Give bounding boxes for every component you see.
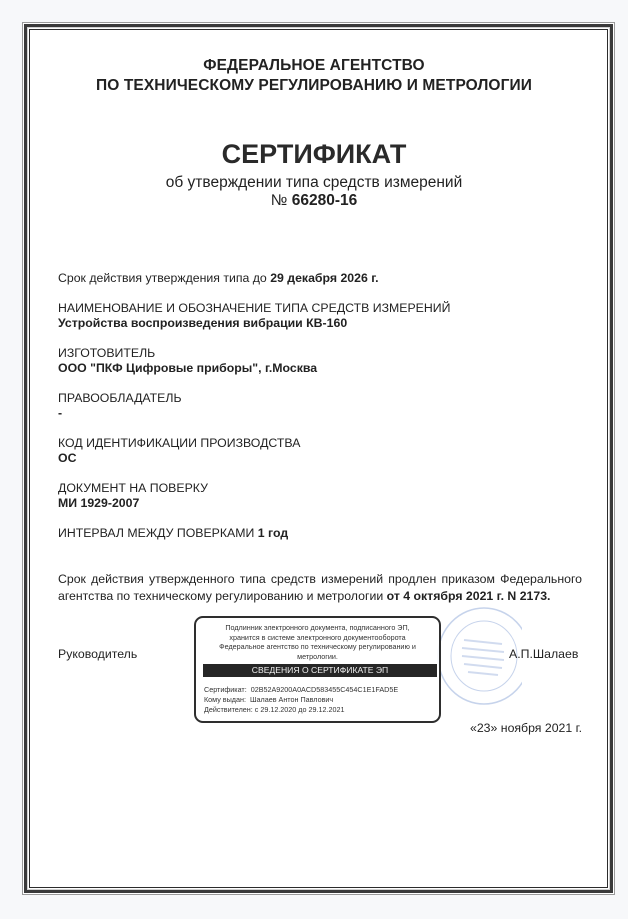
number-value: 66280-16 — [292, 192, 358, 209]
rights-holder-value: - — [58, 406, 62, 420]
signature-date: «23» ноября 2021 г. — [470, 721, 582, 735]
verification-doc-value: МИ 1929-2007 — [58, 496, 139, 510]
name-type-label: НАИМЕНОВАНИЕ И ОБОЗНАЧЕНИЕ ТИПА СРЕДСТВ … — [58, 301, 450, 315]
e-signature-details: Сертификат: 02B52A9200A0ACD583455C454C1E… — [204, 685, 398, 715]
extension-paragraph: Срок действия утвержденного типа средств… — [58, 571, 582, 605]
name-type-value: Устройства воспроизведения вибрации КВ-1… — [58, 316, 347, 330]
certificate-subtitle: об утверждении типа средств измерений — [0, 174, 628, 192]
validity-date: 29 декабря 2026 г. — [270, 271, 378, 285]
extension-order: от 4 октября 2021 г. N 2173. — [387, 589, 551, 603]
certificate-id-row: Сертификат: 02B52A9200A0ACD583455C454C1E… — [204, 685, 398, 695]
certificate-title: СЕРТИФИКАТ — [0, 139, 628, 170]
e-signature-bar-title: СВЕДЕНИЯ О СЕРТИФИКАТЕ ЭП — [203, 664, 437, 677]
production-code-label: КОД ИДЕНТИФИКАЦИИ ПРОИЗВОДСТВА — [58, 436, 300, 450]
manufacturer-label: ИЗГОТОВИТЕЛЬ — [58, 346, 155, 360]
interval-label: ИНТЕРВАЛ МЕЖДУ ПОВЕРКАМИ — [58, 526, 254, 540]
validity-label: Срок действия утверждения типа до — [58, 271, 267, 285]
extension-line1: Срок действия утвержденного типа средств… — [58, 571, 582, 588]
rights-holder-label: ПРАВООБЛАДАТЕЛЬ — [58, 391, 182, 405]
manufacturer-value: ООО "ПКФ Цифровые приборы", г.Москва — [58, 361, 317, 375]
valid-period-row: Действителен: с 29.12.2020 до 29.12.2021 — [204, 705, 398, 715]
extension-line2: агентства по техническому регулированию … — [58, 589, 550, 603]
signatory-role: Руководитель — [58, 647, 137, 661]
agency-name-line2: ПО ТЕХНИЧЕСКОМУ РЕГУЛИРОВАНИЮ И МЕТРОЛОГ… — [0, 77, 628, 95]
issued-to-row: Кому выдан: Шалаев Антон Павлович — [204, 695, 398, 705]
validity-line: Срок действия утверждения типа до 29 дек… — [58, 271, 379, 285]
number-prefix: № — [271, 192, 288, 209]
e-signature-box: Подлинник электронного документа, подпис… — [194, 616, 441, 723]
interval-line: ИНТЕРВАЛ МЕЖДУ ПОВЕРКАМИ 1 год — [58, 526, 288, 540]
agency-name-line1: ФЕДЕРАЛЬНОЕ АГЕНТСТВО — [0, 57, 628, 75]
signatory-name: А.П.Шалаев — [509, 647, 578, 661]
verification-doc-label: ДОКУМЕНТ НА ПОВЕРКУ — [58, 481, 208, 495]
certificate-number: № 66280-16 — [0, 192, 628, 210]
interval-value: 1 год — [258, 526, 288, 540]
e-signature-notice: Подлинник электронного документа, подпис… — [196, 623, 439, 661]
production-code-value: ОС — [58, 451, 76, 465]
